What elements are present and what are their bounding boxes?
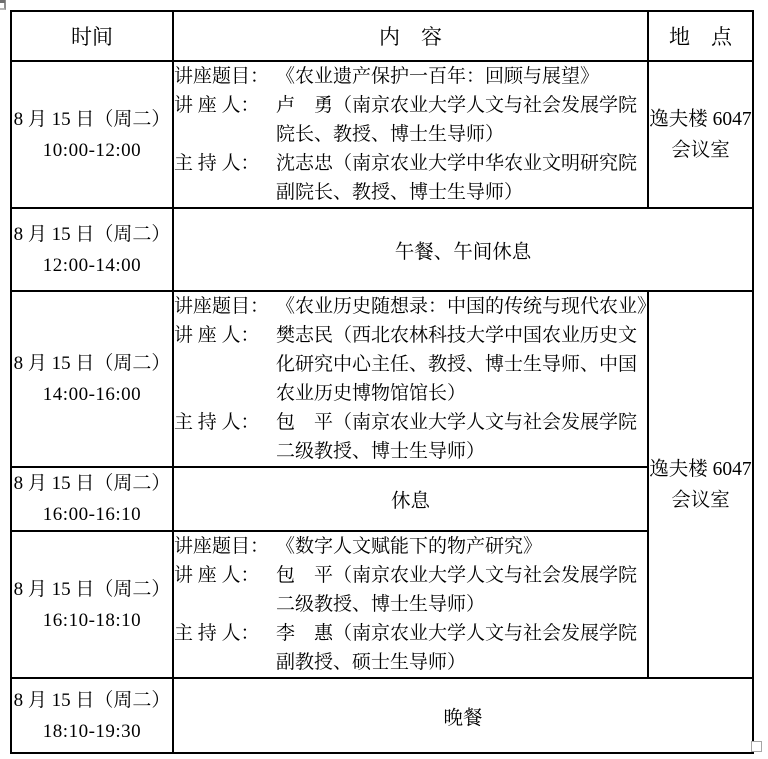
header-time: 时间 [11, 11, 173, 61]
content-cell-1: 讲座题目： 《农业遗产保护一百年：回顾与展望》 讲 座 人： 卢 勇（南京农业大… [173, 61, 648, 208]
content-cell-3: 讲座题目： 《农业历史随想录：中国的传统与现代农业》 讲 座 人： 樊志民（西北… [173, 291, 648, 467]
entry-label: 讲座题目： [174, 62, 276, 91]
entry-speaker: 讲 座 人： 包 平（南京农业大学人文与社会发展学院二级教授、博士生导师） [174, 561, 647, 619]
location-cell-1: 逸夫楼 6047 会议室 [648, 61, 753, 208]
header-location: 地 点 [648, 11, 753, 61]
document-page: 时间 内 容 地 点 8 月 15 日（周二） 10:00-12:00 讲座题目… [0, 0, 768, 759]
entry-text: 《数字人文赋能下的物产研究》 [276, 532, 647, 561]
time-cell-5: 8 月 15 日（周二） 16:10-18:10 [11, 531, 173, 678]
entry-label: 讲座题目： [174, 532, 276, 561]
time-cell-6: 8 月 15 日（周二） 18:10-19:30 [11, 678, 173, 753]
table-row-talk-2: 8 月 15 日（周二） 14:00-16:00 讲座题目： 《农业历史随想录：… [11, 291, 753, 467]
date-text: 8 月 15 日（周二） [12, 468, 172, 499]
header-row: 时间 内 容 地 点 [11, 11, 753, 61]
table-move-handle-icon[interactable] [0, 0, 6, 10]
entry-label: 讲座题目： [174, 292, 276, 321]
content-cell-5: 讲座题目： 《数字人文赋能下的物产研究》 讲 座 人： 包 平（南京农业大学人文… [173, 531, 648, 678]
entry-text: 《农业历史随想录：中国的传统与现代农业》 [276, 292, 647, 321]
table-row-dinner: 8 月 15 日（周二） 18:10-19:30 晚餐 [11, 678, 753, 753]
lunch-cell: 午餐、午间休息 [173, 208, 753, 291]
entry-host: 主 持 人： 包 平（南京农业大学人文与社会发展学院二级教授、博士生导师） [174, 408, 647, 466]
date-text: 8 月 15 日（周二） [12, 104, 172, 135]
hours-text: 18:10-19:30 [12, 716, 172, 747]
table-row-break: 8 月 15 日（周二） 16:00-16:10 休息 [11, 467, 753, 531]
entry-title: 讲座题目： 《数字人文赋能下的物产研究》 [174, 532, 647, 561]
date-text: 8 月 15 日（周二） [12, 219, 172, 250]
time-cell-3: 8 月 15 日（周二） 14:00-16:00 [11, 291, 173, 467]
date-text: 8 月 15 日（周二） [12, 574, 172, 605]
entry-text: 《农业遗产保护一百年：回顾与展望》 [276, 62, 647, 91]
entry-text: 包 平（南京农业大学人文与社会发展学院二级教授、博士生导师） [276, 408, 647, 466]
entry-speaker: 讲 座 人： 卢 勇（南京农业大学人文与社会发展学院院长、教授、博士生导师） [174, 91, 647, 149]
date-text: 8 月 15 日（周二） [12, 685, 172, 716]
entry-host: 主 持 人： 李 惠（南京农业大学人文与社会发展学院副教授、硕士生导师） [174, 619, 647, 677]
entry-label: 主 持 人： [174, 408, 276, 466]
entry-host: 主 持 人： 沈志忠（南京农业大学中华农业文明研究院副院长、教授、博士生导师） [174, 149, 647, 207]
location-cell-merged: 逸夫楼 6047 会议室 [648, 291, 753, 678]
time-cell-1: 8 月 15 日（周二） 10:00-12:00 [11, 61, 173, 208]
time-cell-2: 8 月 15 日（周二） 12:00-14:00 [11, 208, 173, 291]
entry-label: 讲 座 人： [174, 561, 276, 619]
table-row-talk-1: 8 月 15 日（周二） 10:00-12:00 讲座题目： 《农业遗产保护一百… [11, 61, 753, 208]
time-cell-4: 8 月 15 日（周二） 16:00-16:10 [11, 467, 173, 531]
entry-label: 主 持 人： [174, 619, 276, 677]
entry-text: 樊志民（西北农林科技大学中国农业历史文化研究中心主任、教授、博士生导师、中国农业… [276, 321, 647, 408]
break-cell: 休息 [173, 467, 648, 531]
entry-text: 卢 勇（南京农业大学人文与社会发展学院院长、教授、博士生导师） [276, 91, 647, 149]
hours-text: 16:10-18:10 [12, 605, 172, 636]
entry-label: 主 持 人： [174, 149, 276, 207]
hours-text: 10:00-12:00 [12, 135, 172, 166]
hours-text: 12:00-14:00 [12, 250, 172, 281]
table-resize-handle[interactable] [751, 741, 762, 752]
entry-title: 讲座题目： 《农业遗产保护一百年：回顾与展望》 [174, 62, 647, 91]
hours-text: 16:00-16:10 [12, 499, 172, 530]
entry-text: 李 惠（南京农业大学人文与社会发展学院副教授、硕士生导师） [276, 619, 647, 677]
entry-label: 讲 座 人： [174, 321, 276, 408]
dinner-cell: 晚餐 [173, 678, 753, 753]
table-row-talk-3: 8 月 15 日（周二） 16:10-18:10 讲座题目： 《数字人文赋能下的… [11, 531, 753, 678]
hours-text: 14:00-16:00 [12, 379, 172, 410]
entry-text: 包 平（南京农业大学人文与社会发展学院二级教授、博士生导师） [276, 561, 647, 619]
date-text: 8 月 15 日（周二） [12, 348, 172, 379]
entry-title: 讲座题目： 《农业历史随想录：中国的传统与现代农业》 [174, 292, 647, 321]
entry-speaker: 讲 座 人： 樊志民（西北农林科技大学中国农业历史文化研究中心主任、教授、博士生… [174, 321, 647, 408]
entry-text: 沈志忠（南京农业大学中华农业文明研究院副院长、教授、博士生导师） [276, 149, 647, 207]
schedule-table: 时间 内 容 地 点 8 月 15 日（周二） 10:00-12:00 讲座题目… [10, 10, 754, 754]
table-row-lunch: 8 月 15 日（周二） 12:00-14:00 午餐、午间休息 [11, 208, 753, 291]
header-content: 内 容 [173, 11, 648, 61]
entry-label: 讲 座 人： [174, 91, 276, 149]
